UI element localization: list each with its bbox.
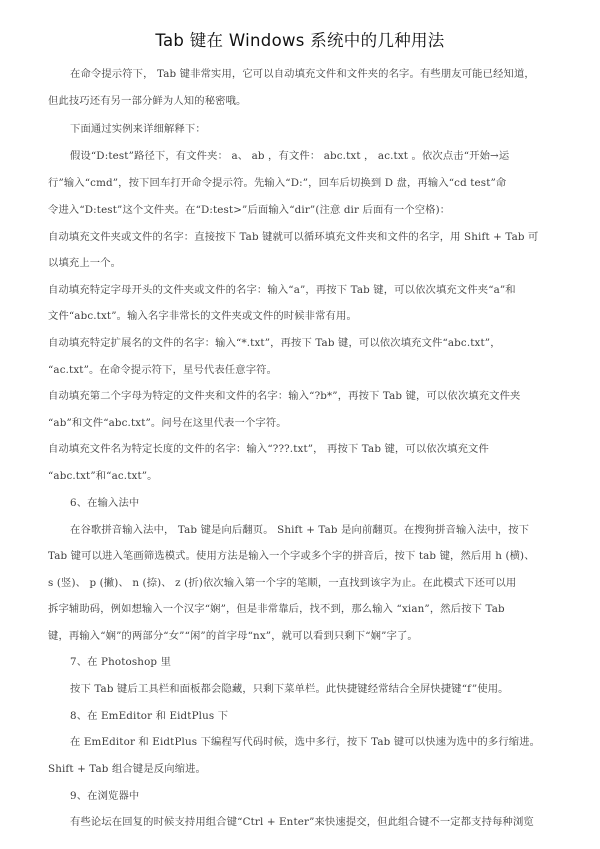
paragraph-line: “ab”和文件“abc.txt”。问号在这里代表一个字符。 xyxy=(48,414,287,429)
paragraph-line: s (竖)、 p (撇)、 n (捺)、 z (折)依次输入第一个字的笔顺，一直… xyxy=(48,574,516,589)
paragraph-line: 自动填充文件夹或文件的名字：直接按下 Tab 键就可以循环填充文件夹和文件的名字… xyxy=(48,228,538,243)
paragraph-line: 令进入“D:test”这个文件夹。在“D:test>”后面输入“dir”(注意 … xyxy=(48,201,450,216)
paragraph-line: 自动填充第二个字母为特定的文件夹和文件的名字：输入“?b*”，再按下 Tab 键… xyxy=(48,387,521,402)
document-title: Tab 键在 Windows 系统中的几种用法 xyxy=(0,27,600,51)
paragraph-line: Tab 键可以进入笔画筛选模式。使用方法是输入一个字或多个字的拼音后，按下 ta… xyxy=(48,547,535,562)
paragraph-line: “ac.txt”。在命令提示符下，星号代表任意字符。 xyxy=(48,361,277,376)
paragraph-line: 自动填充特定扩展名的文件的名字：输入“*.txt”，再按下 Tab 键，可以依次… xyxy=(48,334,501,349)
paragraph-line: 下面通过实例来详细解释下： xyxy=(70,120,206,135)
paragraph-line: “abc.txt”和“ac.txt”。 xyxy=(48,467,158,482)
paragraph-line: 按下 Tab 键后工具栏和面板都会隐藏，只剩下菜单栏。此快捷键经常结合全屏快捷键… xyxy=(70,680,509,695)
paragraph-line: 在 EmEditor 和 EidtPlus 下编程写代码时候，选中多行，按下 T… xyxy=(70,733,540,748)
paragraph-line: 行”输入“cmd”，按下回车打开命令提示符。先输入“D:”，回车后切换到 D 盘… xyxy=(48,174,506,189)
paragraph-line: 有些论坛在回复的时候支持用组合键“Ctrl + Enter”来快速提交，但此组合… xyxy=(70,813,534,828)
paragraph-line: 拆字辅助码，例如想输入一个汉字“娴”，但是非常靠后，找不到，那么输入 “xian… xyxy=(48,600,505,615)
paragraph-line: 自动填充文件名为特定长度的文件的名字：输入“???.txt”， 再按下 Tab … xyxy=(48,440,489,455)
paragraph-line: 在谷歌拼音输入法中， Tab 键是向后翻页。 Shift + Tab 是向前翻页… xyxy=(70,521,529,536)
paragraph-line: 9、在浏览器中 xyxy=(70,787,139,802)
paragraph-line: 假设“D:test”路径下，有文件夹： a、 ab ，有文件： abc.txt … xyxy=(70,147,509,162)
paragraph-line: 6、在输入法中 xyxy=(70,494,139,509)
paragraph-line: 文件“abc.txt”。输入名字非常长的文件夹或文件的时候非常有用。 xyxy=(48,307,357,322)
paragraph-line: 在命令提示符下， Tab 键非常实用，它可以自动填充文件和文件夹的名字。有些朋友… xyxy=(70,65,535,80)
paragraph-line: 键，再输入“娴”的两部分“女”“闲”的首字母“nx”，就可以看到只剩下“娴”字了… xyxy=(48,627,418,642)
paragraph-line: 8、在 EmEditor 和 EidtPlus 下 xyxy=(70,707,228,722)
paragraph-line: Shift + Tab 组合键是反向缩进。 xyxy=(48,760,206,775)
paragraph-line: 以填充上一个。 xyxy=(48,254,121,269)
paragraph-line: 自动填充特定字母开头的文件夹或文件的名字：输入“a”，再按下 Tab 键，可以依… xyxy=(48,281,516,296)
paragraph-line: 7、在 Photoshop 里 xyxy=(70,653,171,668)
paragraph-line: 但此技巧还有另一部分鲜为人知的秘密哦。 xyxy=(48,92,247,107)
